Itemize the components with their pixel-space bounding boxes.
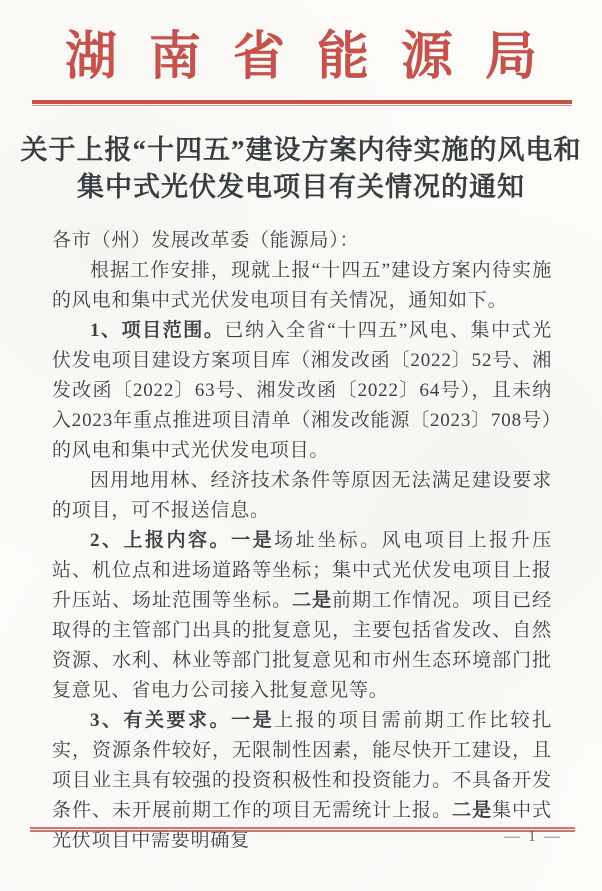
header-rule (32, 100, 572, 106)
footer-rule (30, 827, 575, 832)
body-paragraph-project-scope: 1、项目范围。已纳入全省“十四五”风电、集中式光伏发电项目建设方案项目库（湘发改… (52, 316, 552, 466)
document-title-line2: 集中式光伏发电项目有关情况的通知 (0, 169, 602, 206)
text-run: 2、上报内容。 (90, 530, 231, 551)
letterhead-agency-title: 湖南省能源局 (0, 0, 602, 92)
footer-rule-top (30, 827, 575, 829)
document-body: 各市（州）发展改革委（能源局）： 根据工作安排，现就上报“十四五”建设方案内待实… (52, 226, 552, 856)
body-paragraph-requirements: 3、有关要求。一是上报的项目需前期工作比较扎实，资源条件较好，无限制性因素，能尽… (52, 706, 552, 856)
header-rule-thick (32, 100, 572, 104)
body-paragraph-intro: 根据工作安排，现就上报“十四五”建设方案内待实施的风电和集中式光伏发电项目有关情… (52, 256, 552, 316)
header-rule-thin (32, 105, 572, 106)
text-run: 一是 (231, 530, 274, 551)
document-page: 湖南省能源局 关于上报“十四五”建设方案内待实施的风电和 集中式光伏发电项目有关… (0, 0, 602, 891)
text-run: 二是 (292, 590, 332, 611)
text-run: 已纳入全省“十四五”风电、集中式光伏发电项目建设方案项目库（湘发改函〔2022〕… (52, 320, 552, 461)
text-run: 因用地用林、经济技术条件等原因无法满足建设要求的项目，可不报送信息。 (52, 470, 552, 521)
text-run: 二是 (452, 800, 492, 821)
document-title-line1: 关于上报“十四五”建设方案内待实施的风电和 (0, 132, 602, 169)
salutation: 各市（州）发展改革委（能源局）： (52, 226, 552, 256)
text-run: 1、项目范围。 (90, 320, 224, 341)
text-run: 根据工作安排，现就上报“十四五”建设方案内待实施的风电和集中式光伏发电项目有关情… (52, 260, 552, 311)
page-number: — 1 — (504, 828, 562, 846)
text-run: 一是 (231, 710, 274, 731)
document-title: 关于上报“十四五”建设方案内待实施的风电和 集中式光伏发电项目有关情况的通知 (0, 132, 602, 206)
body-paragraph-report-content: 2、上报内容。一是场址坐标。风电项目上报升压站、机位点和进场道路等坐标；集中式光… (52, 526, 552, 706)
body-paragraph-exemption: 因用地用林、经济技术条件等原因无法满足建设要求的项目，可不报送信息。 (52, 466, 552, 526)
text-run: 各市（州）发展改革委（能源局）： (52, 230, 359, 251)
text-run: 3、有关要求。 (90, 710, 231, 731)
footer-rule-bottom (30, 830, 575, 832)
